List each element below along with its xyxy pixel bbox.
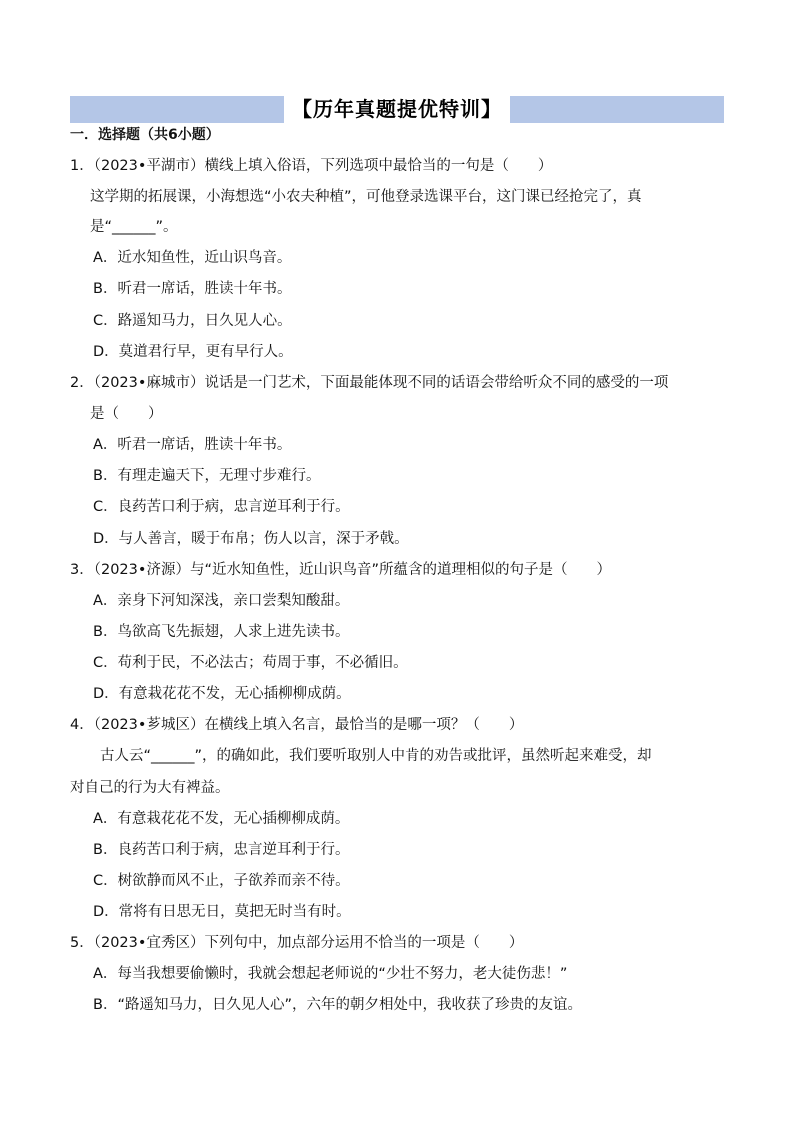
question-3-stem: 3．（2023•济源）与“近水知鱼性，近山识鸟音”所蕴含的道理相似的句子是（ ） (70, 559, 611, 581)
title-banner: 【历年真题提优特训】 (70, 96, 724, 123)
question-4-option-c: C．树欲静而风不止，子欲养而亲不待。 (93, 870, 350, 892)
question-text: （2023•济源）与“近水知鱼性，近山识鸟音”所蕴含的道理相似的句子是（ ） (94, 562, 611, 578)
question-2-option-a: A．听君一席话，胜读十年书。 (93, 434, 291, 456)
question-3-option-d: D．有意栽花花不发，无心插柳柳成荫。 (93, 683, 351, 705)
question-4-passage-line-2: 对自己的行为大有裨益。 (70, 777, 230, 799)
question-4-option-b: B．良药苦口利于病，忠言逆耳利于行。 (93, 839, 349, 861)
question-text: （2023•芗城区）在横线上填入名言，最恰当的是哪一项？（ ） (94, 717, 524, 733)
question-text: （2023•麻城市）说话是一门艺术，下面最能体现不同的话语会带给听众不同的感受的… (94, 375, 669, 391)
question-number: 1． (70, 158, 94, 174)
question-number: 3． (70, 562, 94, 578)
question-1-stem: 1．（2023•平湖市）横线上填入俗语，下列选项中最恰当的一句是（ ） (70, 155, 552, 177)
question-2-stem: 2．（2023•麻城市）说话是一门艺术，下面最能体现不同的话语会带给听众不同的感… (70, 372, 668, 394)
question-1-option-d: D．莫道君行早，更有早行人。 (93, 341, 293, 363)
question-number: 5． (70, 935, 94, 951)
question-5-option-b: B．“路遥知马力，日久见人心”，六年的朝夕相处中，我收获了珍贵的友谊。 (93, 994, 582, 1016)
question-2-option-d: D．与人善言，暖于布帛；伤人以言，深于矛戟。 (93, 528, 409, 550)
question-number: 2． (70, 375, 94, 391)
question-1-option-c: C．路遥知马力，日久见人心。 (93, 310, 292, 332)
question-5-option-a: A．每当我想要偷懒时，我就会想起老师说的“少壮不努力，老大徒伤悲！” (93, 963, 567, 985)
section-heading: 一．选择题（共6小题） (70, 124, 220, 146)
question-1-option-b: B．听君一席话，胜读十年书。 (93, 278, 291, 300)
question-text: （2023•宜秀区）下列句中，加点部分运用不恰当的一项是（ ） (94, 935, 524, 951)
question-2-option-b: B．有理走遍天下，无理寸步难行。 (93, 465, 320, 487)
question-2-option-c: C．良药苦口利于病，忠言逆耳利于行。 (93, 496, 350, 518)
question-number: 4． (70, 717, 94, 733)
question-5-stem: 5．（2023•宜秀区）下列句中，加点部分运用不恰当的一项是（ ） (70, 932, 523, 954)
question-1-passage-line-2: 是“______”。 (90, 216, 178, 238)
question-3-option-a: A．亲身下河知深浅，亲口尝梨知酸甜。 (93, 590, 349, 612)
question-1-option-a: A．近水知鱼性，近山识鸟音。 (93, 247, 291, 269)
question-3-option-b: B．鸟欲高飞先振翅，人求上进先读书。 (93, 621, 349, 643)
question-text: （2023•平湖市）横线上填入俗语，下列选项中最恰当的一句是（ ） (94, 158, 553, 174)
question-4-passage-line-1: 古人云“______”，的确如此，我们要听取别人中肯的劝告或批评，虽然听起来难受… (100, 745, 652, 767)
title-bar-left-fill (70, 96, 284, 123)
page-title: 【历年真题提优特训】 (284, 96, 510, 123)
question-1-passage-line-1: 这学期的拓展课，小海想选“小农夫种植”，可他登录选课平台，这门课已经抢完了，真 (90, 186, 642, 208)
question-3-option-c: C．苟利于民，不必法古；苟周于事，不必循旧。 (93, 652, 408, 674)
question-2-stem-continued: 是（ ） (90, 403, 163, 425)
question-4-option-d: D．常将有日思无日，莫把无时当有时。 (93, 901, 351, 923)
title-bar-right-fill (510, 96, 724, 123)
question-4-stem: 4．（2023•芗城区）在横线上填入名言，最恰当的是哪一项？（ ） (70, 714, 523, 736)
question-4-option-a: A．有意栽花花不发，无心插柳柳成荫。 (93, 808, 349, 830)
document-page: 【历年真题提优特训】 一．选择题（共6小题） 1．（2023•平湖市）横线上填入… (0, 0, 794, 1123)
